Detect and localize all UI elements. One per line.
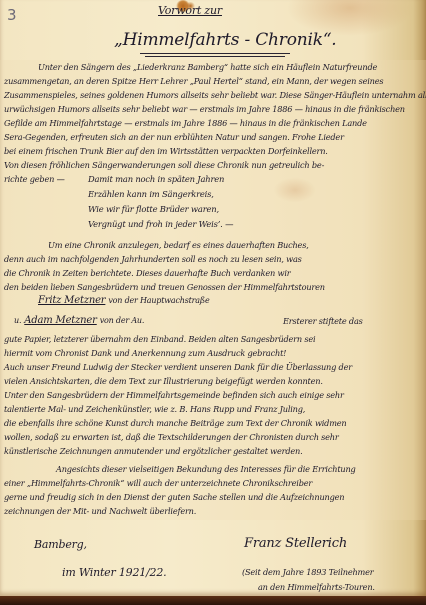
closing-place: Bamberg, [34,538,87,551]
text-line: zusammengetan, an deren Spitze Herr Lehr… [4,76,383,86]
text-line: Zusammenspieles, seines goldenen Humors … [4,90,426,100]
signature-note-1: (Seit dem Jahre 1893 Teilnehmer [242,567,373,577]
text-line: denn auch im nachfolgenden Jahrhunderten… [4,254,302,264]
text-line: Auch unser Freund Ludwig der Stecker ver… [4,362,352,372]
poem-line: Damit man noch in späten Jahren [88,174,224,184]
text-line: vielen Ansichtskarten, die dem Text zur … [4,376,323,386]
text-line: richte geben — [4,174,65,184]
text-line: urwüchsigen Humors allseits sehr beliebt… [4,104,405,114]
donor-name-adam: Adam Metzner [24,315,96,326]
heading-large: „Himmelfahrts - Chronik“. [114,30,337,50]
text-line: talentierte Mal- und Zeichenkünstler, wi… [4,404,305,414]
text-line: Um eine Chronik anzulegen, bedarf es ein… [48,240,309,250]
text-line: Unter den Sängern des „Liederkranz Bambe… [38,62,377,72]
heading-underline-1 [140,53,290,54]
page-number: 3 [7,6,16,24]
text-line: gerne und freudig sich in den Dienst der… [4,492,344,502]
signature: Franz Stellerich [244,536,347,551]
heading-underline-2 [145,56,285,57]
donor-line-fritz: Fritz Metzner von der Hauptwachstraße [38,295,210,306]
text-line: Von diesen fröhlichen Sängerwanderungen … [4,160,324,170]
document-page: 3 Vorwort zur „Himmelfahrts - Chronik“. … [0,0,426,596]
heading-small: Vorwort zur [158,4,222,17]
poem-line: Wie wir für flotte Brüder waren, [88,204,219,214]
text-line: die ebenfalls ihre schöne Kunst durch ma… [4,418,347,428]
donor-name-fritz: Fritz Metzner [38,295,105,306]
text-line: bei einem frischen Trunk Bier auf den im… [4,146,328,156]
donor-prefix: u. [14,316,21,325]
text-line: künstlerische Zeichnungen anmutender und… [4,446,303,456]
text-line: Unter den Sangesbrüdern der Himmelfahrts… [4,390,344,400]
text-line: Sera-Gegenden, erfreuten sich an der nun… [4,132,344,142]
donor-address-fritz: von der Hauptwachstraße [108,296,209,305]
poem-line: Vergnügt und froh in jeder Weis’. — [88,219,233,229]
donor-address-adam: von der Au. [100,316,145,325]
text-line: hiermit vom Chronist Dank und Anerkennun… [4,348,286,358]
text-line: einer „Himmelfahrts-Chronik“ will auch d… [4,478,312,488]
donor-line-adam: u. Adam Metzner von der Au. [14,315,144,326]
text-line: den beiden lieben Sangesbrüdern und treu… [4,282,325,292]
text-line: zeichnungen der Mit- und Nachwelt überli… [4,506,196,516]
text-line: Angesichts dieser vielseitigen Bekundung… [56,464,356,474]
closing-date: im Winter 1921/22. [62,566,166,579]
signature-note-2: an den Himmelfahrts-Touren. [258,582,375,592]
text-line: wollen, sodaß zu erwarten ist, daß die T… [4,432,339,442]
text-line: gute Papier, letzterer übernahm den Einb… [4,334,315,344]
text-line: Ersterer stiftete das [283,316,363,326]
book-edge [0,596,426,605]
poem-line: Erzählen kann im Sängerkreis, [88,189,214,199]
text-line: die Chronik in Zeiten berichtete. Dieses… [4,268,290,278]
text-line: Gefilde am Himmelfahrtstage — erstmals i… [4,118,367,128]
